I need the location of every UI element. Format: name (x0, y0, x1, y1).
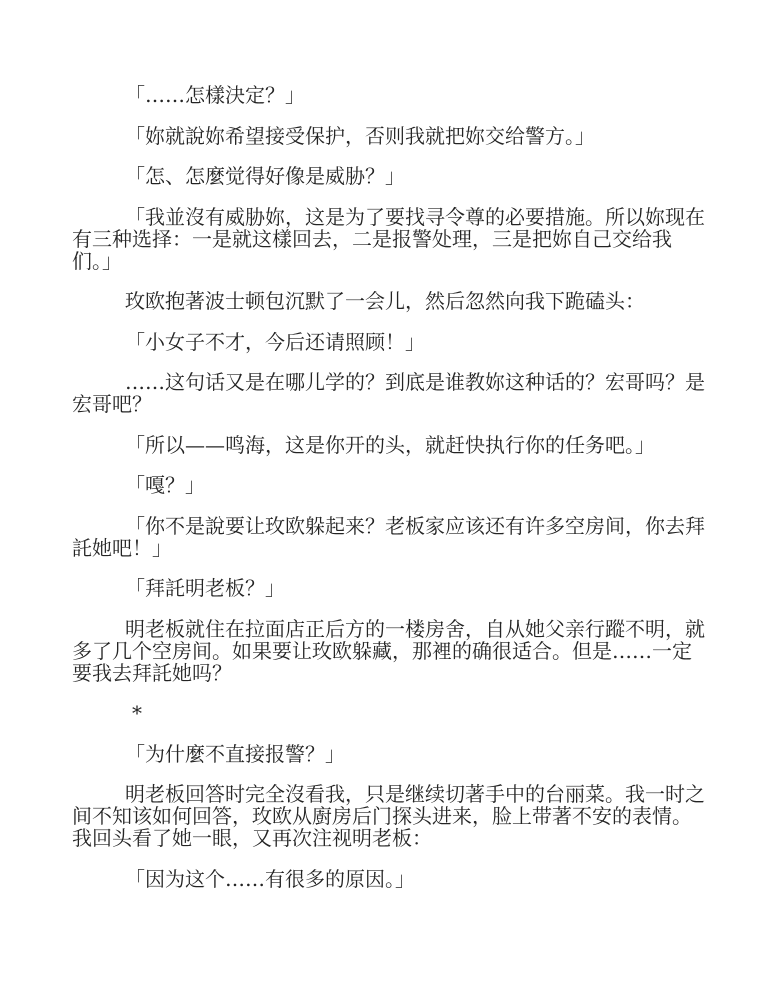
paragraph-9: 「嘎？」 (72, 474, 706, 496)
paragraph-3: 「怎、怎麼觉得好像是威胁？」 (72, 165, 706, 187)
paragraph-7: ……这句话又是在哪儿学的？到底是谁教妳这种话的？宏哥吗？是宏哥吧？ (72, 371, 706, 415)
paragraph-6: 「小女子不才，今后还请照顾！」 (72, 331, 706, 353)
paragraph-1: 「……怎樣決定？」 (72, 84, 706, 106)
text-body: 「……怎樣決定？」「妳就說妳希望接受保护，否则我就把妳交给警方。」「怎、怎麼觉得… (72, 84, 706, 908)
paragraph-12: 明老板就住在拉面店正后方的一楼房舍，自从她父亲行蹤不明，就多了几个空房间。如果要… (72, 618, 706, 684)
paragraph-16: 「因为这个……有很多的原因。」 (72, 868, 706, 890)
paragraph-11: 「拜託明老板？」 (72, 577, 706, 599)
paragraph-5: 玫欧抱著波士顿包沉默了一会儿，然后忽然向我下跪磕头： (72, 290, 706, 312)
paragraph-8: 「所以——鸣海，这是你开的头，就赶快执行你的任务吧。」 (72, 434, 706, 456)
document-page: 「……怎樣決定？」「妳就說妳希望接受保护，否则我就把妳交给警方。」「怎、怎麼觉得… (0, 0, 765, 990)
paragraph-2: 「妳就說妳希望接受保护，否则我就把妳交给警方。」 (72, 125, 706, 147)
paragraph-14: 「为什麼不直接报警？」 (72, 743, 706, 765)
paragraph-10: 「你不是說要让玫欧躲起来？老板家应该还有许多空房间，你去拜託她吧！」 (72, 515, 706, 559)
paragraph-4: 「我並沒有威胁妳，这是为了要找寻令尊的必要措施。所以妳现在有三种选择：一是就这樣… (72, 206, 706, 272)
scene-break: * (72, 702, 706, 724)
paragraph-15: 明老板回答时完全沒看我，只是继续切著手中的台丽菜。我一时之间不知该如何回答，玫欧… (72, 783, 706, 849)
